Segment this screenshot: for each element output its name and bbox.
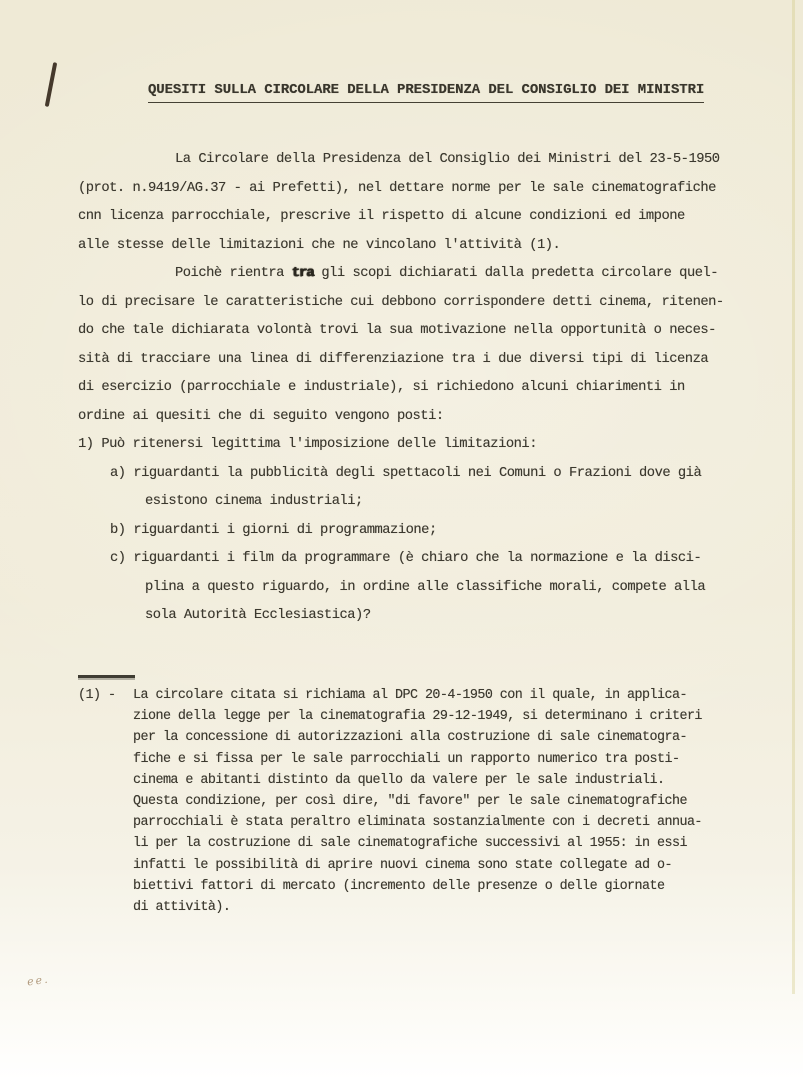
text-line: do che tale dichiarata volontà trovi la … xyxy=(78,317,724,346)
question-1: 1) Può ritenersi legittima l'imposizione… xyxy=(78,431,724,460)
footnote-line: La circolare citata si richiama al DPC 2… xyxy=(133,685,702,706)
document-body: La Circolare della Presidenza del Consig… xyxy=(78,146,724,631)
footnote-line: zione della legge per la cinematografia … xyxy=(133,706,702,727)
item-b-line: b) riguardanti i giorni di programmazion… xyxy=(78,517,724,546)
question-list: 1) Può ritenersi legittima l'imposizione… xyxy=(78,431,724,631)
footnote: (1) - La circolare citata si richiama al… xyxy=(133,685,702,918)
footnote-line: cinema e abitanti distinto da quello da … xyxy=(133,770,702,791)
document-page: QUESITI SULLA CIRCOLARE DELLA PRESIDENZA… xyxy=(0,0,803,1080)
item-c-line: c) riguardanti i film da programmare (è … xyxy=(78,545,724,574)
text-line: di esercizio (parrocchiale e industriale… xyxy=(78,374,724,403)
item-a-line: a) riguardanti la pubblicità degli spett… xyxy=(78,460,724,489)
footnote-separator xyxy=(78,675,135,678)
paragraph-2: Poichè rientra tra gli scopi dichiarati … xyxy=(78,260,724,431)
text-line: Poichè rientra tra gli scopi dichiarati … xyxy=(78,260,724,289)
text-line: lo di precisare le caratteristiche cui d… xyxy=(78,289,724,318)
text-line: sità di tracciare una linea di differenz… xyxy=(78,346,724,375)
text-segment: gli scopi dichiarati dalla predetta circ… xyxy=(314,266,719,281)
text-segment: Poichè rientra xyxy=(175,266,292,281)
item-c-line: sola Autorità Ecclesiastica)? xyxy=(78,602,724,631)
faint-ink-mark: ee. xyxy=(26,972,50,988)
footnote-line: biettivi fattori di mercato (incremento … xyxy=(133,876,702,897)
footnote-line: fiche e si fissa per le sale parrocchial… xyxy=(133,749,702,770)
overtyped-word: tra xyxy=(292,266,314,281)
document-title: QUESITI SULLA CIRCOLARE DELLA PRESIDENZA… xyxy=(148,82,704,103)
text-line: alle stesse delle limitazioni che ne vin… xyxy=(78,232,724,261)
paragraph-1: La Circolare della Presidenza del Consig… xyxy=(78,146,724,260)
text-line: (prot. n.9419/AG.37 - ai Prefetti), nel … xyxy=(78,175,724,204)
footnote-line: Questa condizione, per così dire, "di fa… xyxy=(133,791,702,812)
text-line: ordine ai quesiti che di seguito vengono… xyxy=(78,403,724,432)
footnote-line: di attività). xyxy=(133,897,702,918)
text-line: cnn licenza parrocchiale, prescrive il r… xyxy=(78,203,724,232)
footnote-line: per la concessione di autorizzazioni all… xyxy=(133,727,702,748)
text-line: La Circolare della Presidenza del Consig… xyxy=(78,146,724,175)
footnote-line: infatti le possibilità di aprire nuovi c… xyxy=(133,855,702,876)
handwritten-page-mark xyxy=(45,62,57,107)
item-c-line: plina a questo riguardo, in ordine alle … xyxy=(78,574,724,603)
footnote-line: parrocchiali è stata peraltro eliminata … xyxy=(133,812,702,833)
footnote-line: li per la costruzione di sale cinematogr… xyxy=(133,833,702,854)
item-a-line: esistono cinema industriali; xyxy=(78,488,724,517)
footnote-label: (1) - xyxy=(78,685,123,706)
